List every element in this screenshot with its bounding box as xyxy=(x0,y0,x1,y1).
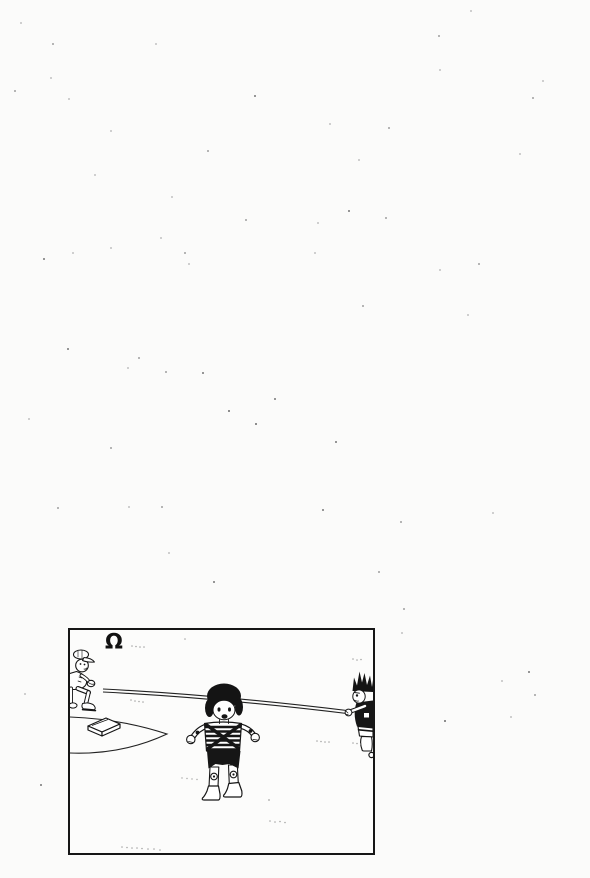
left-player: Baseball player with cap bending near th… xyxy=(70,650,96,711)
manga-page: Double outfield fence line crossing the … xyxy=(0,0,590,878)
scan-noise-specks xyxy=(0,0,2,2)
right-character: Spiky-haired figure entering from the ri… xyxy=(345,672,373,758)
panel-artwork: Double outfield fence line crossing the … xyxy=(70,630,373,853)
comic-panel: Double outfield fence line crossing the … xyxy=(68,628,375,855)
panel-noise-specks xyxy=(121,638,362,851)
base-plate: White base plate on the infield dirt cir… xyxy=(88,718,120,736)
omega-glyph: Ω xyxy=(105,630,123,654)
center-character: Standing character with bob haircut, str… xyxy=(187,684,260,801)
infield-dirt-arc xyxy=(70,717,167,753)
omega-mark: Small black omega-shaped mark at top of … xyxy=(105,630,123,654)
